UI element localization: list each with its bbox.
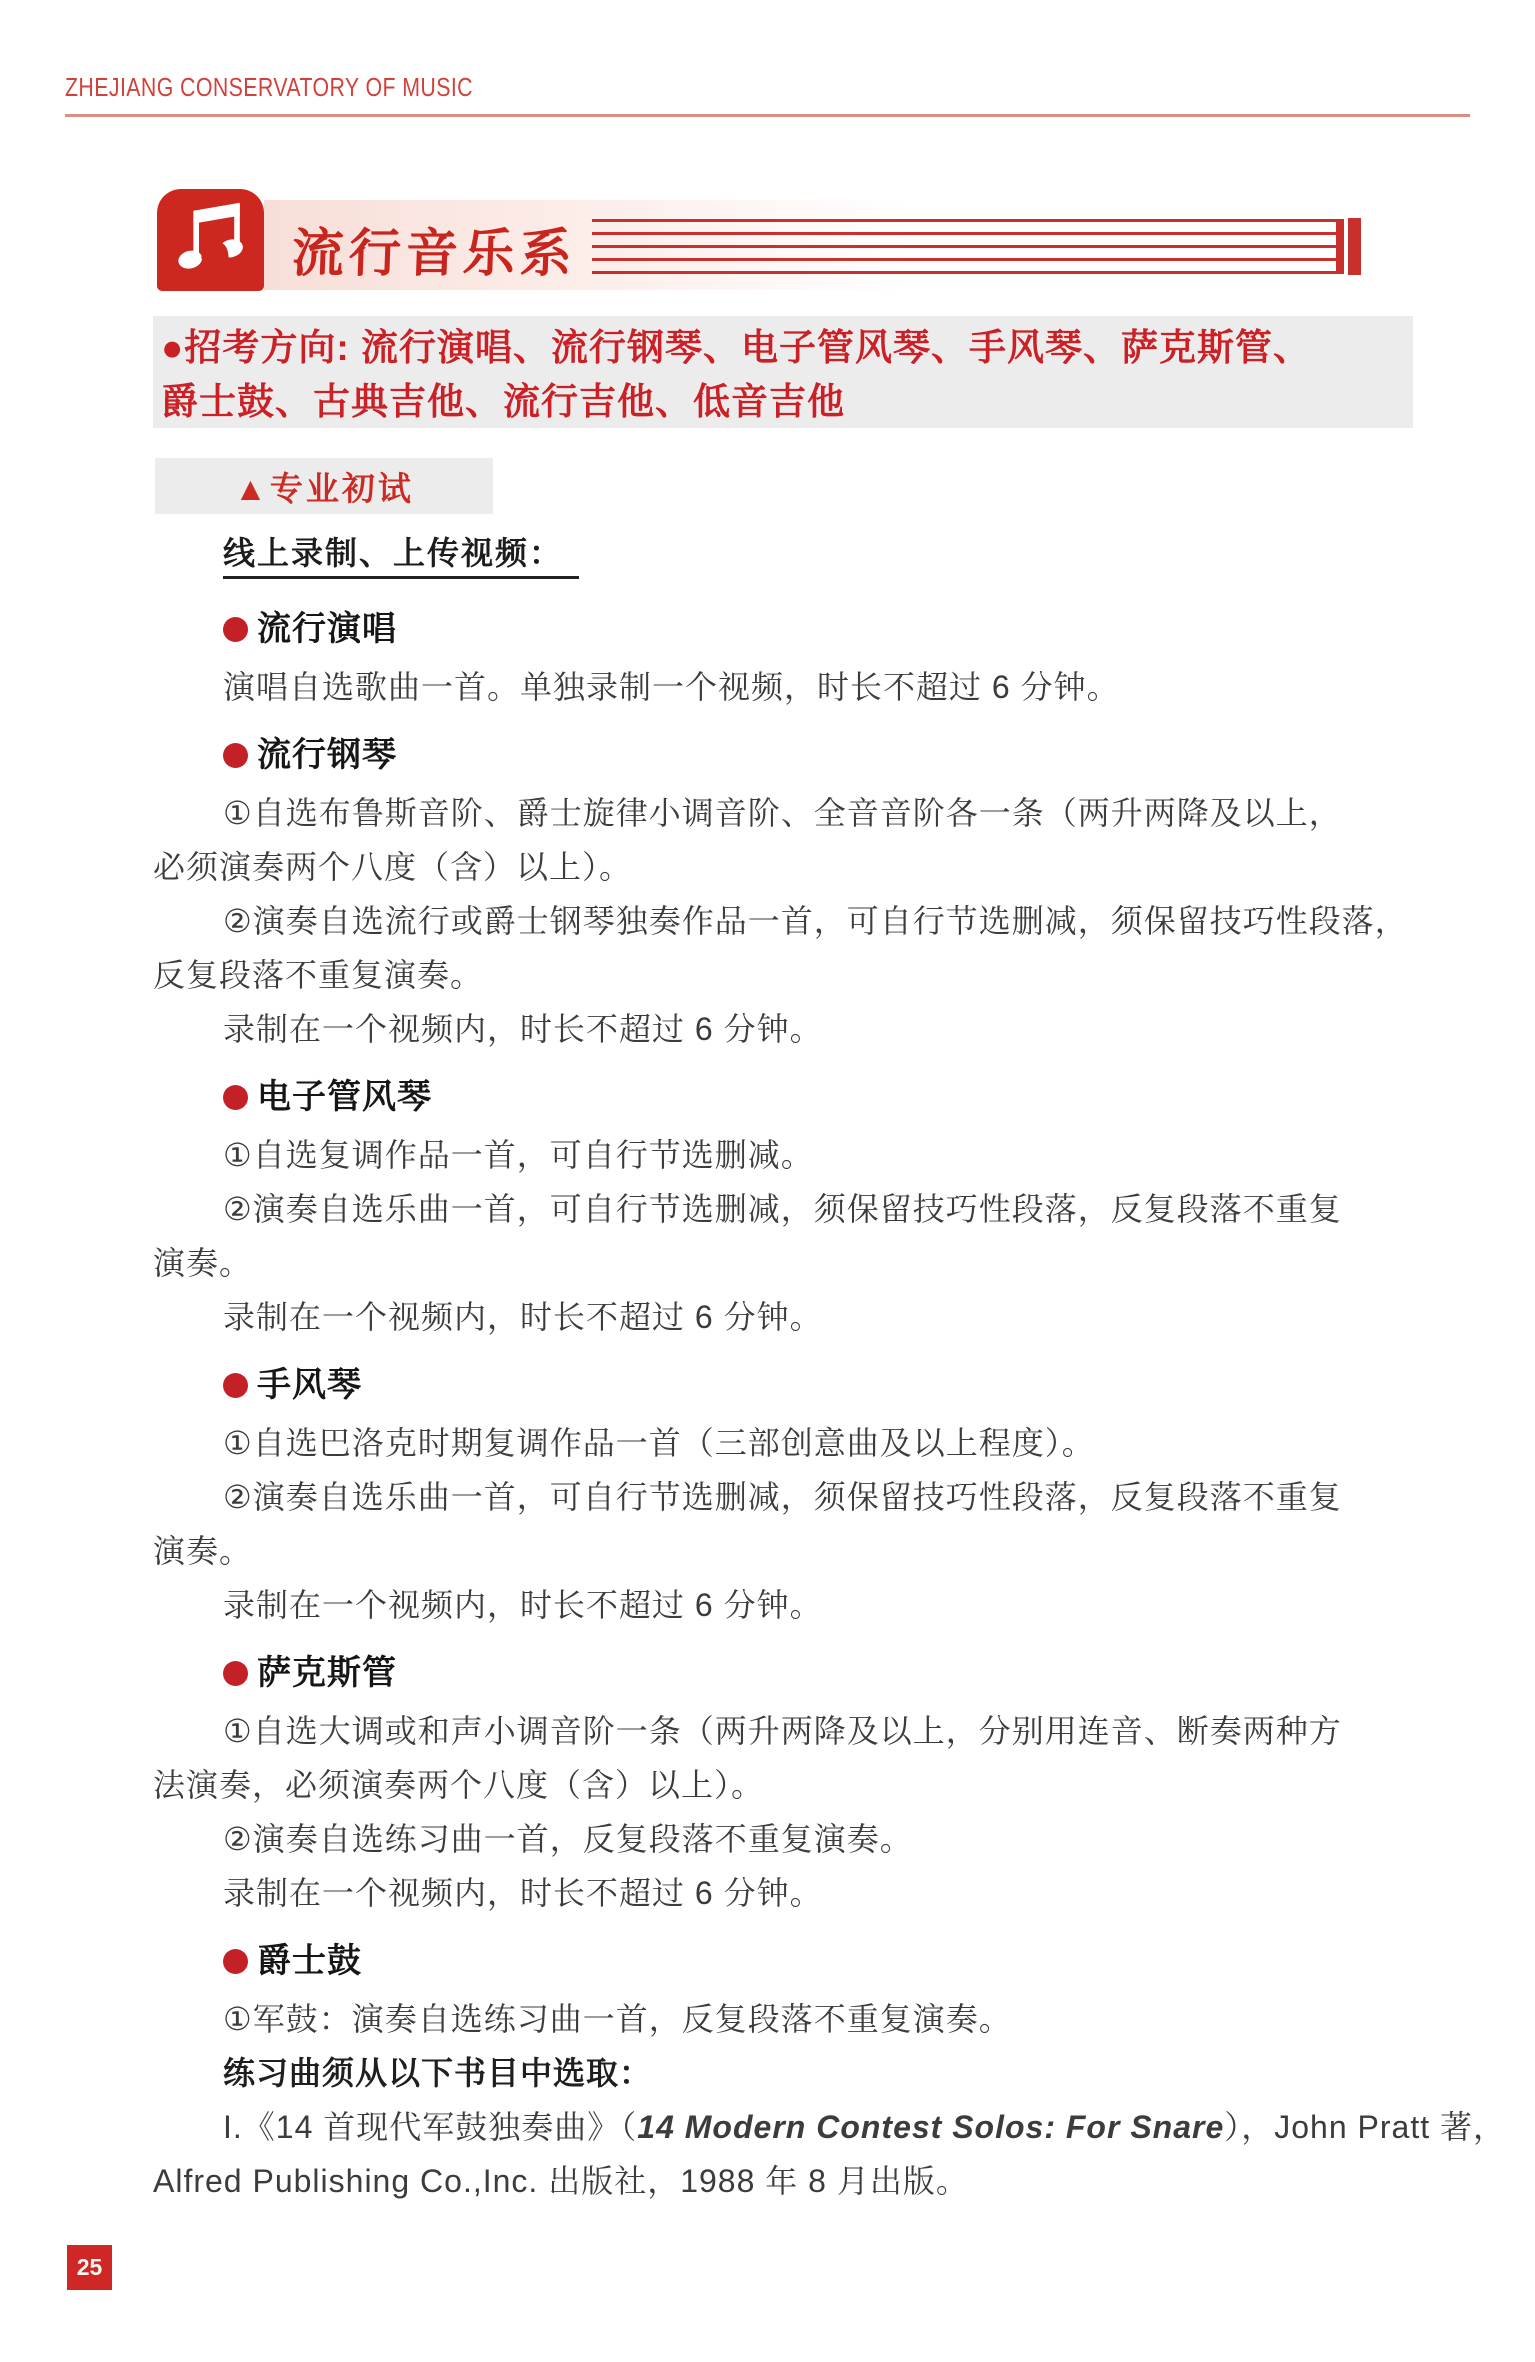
bullet-dot-icon	[223, 1661, 248, 1686]
body-line: ②演奏自选流行或爵士钢琴独奏作品一首，可自行节选删减，须保留技巧性段落，	[153, 894, 1453, 948]
section-title-text: 萨克斯管	[257, 1650, 397, 1696]
brand-wordmark: ZHEJIANG CONSERVATORY OF MUSIC	[65, 72, 473, 103]
body-line: Alfred Publishing Co.,Inc. 出版社，1988 年 8 …	[153, 2154, 1453, 2208]
bullet-dot-icon	[223, 743, 248, 768]
body-line: ①自选复调作品一首，可自行节选删减。	[153, 1128, 1453, 1182]
body-text: Alfred Publishing Co.,Inc. 出版社，1988 年 8 …	[153, 2163, 969, 2199]
exam-section: 萨克斯管 ①自选大调或和声小调音阶一条（两升两降及以上，分别用连音、断奏两种方法…	[153, 1650, 1453, 1920]
body-line: 必须演奏两个八度（含）以上）。	[153, 840, 1453, 894]
music-staff-lines-icon	[592, 219, 1336, 274]
staff-barline-thin	[1336, 219, 1344, 274]
exam-round-box: ▲专业初试	[155, 458, 493, 514]
music-note-icon	[171, 196, 251, 285]
section-title: 萨克斯管	[223, 1650, 1453, 1696]
body-line: ①自选巴洛克时期复调作品一首（三部创意曲及以上程度）。	[153, 1416, 1453, 1470]
body-line: ①自选布鲁斯音阶、爵士旋律小调音阶、全音音阶各一条（两升两降及以上，	[153, 786, 1453, 840]
body-line: ②演奏自选乐曲一首，可自行节选删减，须保留技巧性段落，反复段落不重复	[153, 1470, 1453, 1524]
admission-directions-line: 爵士鼓、古典吉他、流行吉他、低音吉他	[161, 375, 1403, 429]
section-title-text: 流行钢琴	[257, 732, 397, 778]
body-line: 录制在一个视频内，时长不超过 6 分钟。	[153, 1002, 1453, 1056]
exam-section: 电子管风琴 ①自选复调作品一首，可自行节选删减。②演奏自选乐曲一首，可自行节选删…	[153, 1074, 1453, 1344]
section-title-text: 电子管风琴	[257, 1074, 432, 1120]
recording-instruction: 线上录制、上传视频：	[223, 535, 579, 579]
section-paragraphs: 演唱自选歌曲一首。单独录制一个视频，时长不超过 6 分钟。	[153, 660, 1453, 714]
body-line: 演唱自选歌曲一首。单独录制一个视频，时长不超过 6 分钟。	[153, 660, 1453, 714]
body-line: 法演奏，必须演奏两个八度（含）以上）。	[153, 1758, 1453, 1812]
admission-directions-line: ●招考方向: 流行演唱、流行钢琴、电子管风琴、手风琴、萨克斯管、	[161, 321, 1403, 375]
section-title-text: 手风琴	[257, 1362, 362, 1408]
department-badge	[157, 189, 264, 291]
body-line: 录制在一个视频内，时长不超过 6 分钟。	[153, 1578, 1453, 1632]
body-line: ②演奏自选乐曲一首，可自行节选删减，须保留技巧性段落，反复段落不重复	[153, 1182, 1453, 1236]
exam-sections: 流行演唱 演唱自选歌曲一首。单独录制一个视频，时长不超过 6 分钟。 流行钢琴 …	[153, 606, 1453, 2208]
body-line: ①自选大调或和声小调音阶一条（两升两降及以上，分别用连音、断奏两种方	[153, 1704, 1453, 1758]
exam-section: 流行演唱 演唱自选歌曲一首。单独录制一个视频，时长不超过 6 分钟。	[153, 606, 1453, 714]
header-divider	[65, 114, 1470, 117]
body-line: 反复段落不重复演奏。	[153, 948, 1453, 1002]
department-title: 流行音乐系	[291, 206, 579, 290]
section-title-text: 爵士鼓	[257, 1938, 362, 1984]
exam-section: 爵士鼓 ①军鼓：演奏自选练习曲一首，反复段落不重复演奏。练习曲须从以下书目中选取…	[153, 1938, 1453, 2208]
bullet-dot-icon	[223, 1373, 248, 1398]
exam-section: 流行钢琴 ①自选布鲁斯音阶、爵士旋律小调音阶、全音音阶各一条（两升两降及以上，必…	[153, 732, 1453, 1056]
exam-requirements: 线上录制、上传视频： 流行演唱 演唱自选歌曲一首。单独录制一个视频，时长不超过 …	[153, 531, 1453, 2208]
body-line: 练习曲须从以下书目中选取：	[153, 2046, 1453, 2100]
section-paragraphs: ①自选布鲁斯音阶、爵士旋律小调音阶、全音音阶各一条（两升两降及以上，必须演奏两个…	[153, 786, 1453, 1056]
section-paragraphs: ①自选巴洛克时期复调作品一首（三部创意曲及以上程度）。②演奏自选乐曲一首，可自行…	[153, 1416, 1453, 1632]
body-text: I.《14 首现代军鼓独奏曲》（	[223, 2109, 637, 2145]
section-title: 手风琴	[223, 1362, 1453, 1408]
book-title-english: 14 Modern Contest Solos: For Snare	[637, 2109, 1224, 2145]
bullet-dot-icon	[223, 1085, 248, 1110]
page-number-badge: 25	[67, 2245, 112, 2290]
section-title: 流行演唱	[223, 606, 1453, 652]
brochure-page: { "header": { "brand": "ZHEJIANG CONSERV…	[0, 0, 1535, 2362]
body-line: ①军鼓：演奏自选练习曲一首，反复段落不重复演奏。	[153, 1992, 1453, 2046]
body-line: I.《14 首现代军鼓独奏曲》（14 Modern Contest Solos:…	[153, 2100, 1453, 2154]
body-line: 演奏。	[153, 1236, 1453, 1290]
admission-directions-box: ●招考方向: 流行演唱、流行钢琴、电子管风琴、手风琴、萨克斯管、 爵士鼓、古典吉…	[153, 316, 1413, 428]
section-paragraphs: ①自选复调作品一首，可自行节选删减。②演奏自选乐曲一首，可自行节选删减，须保留技…	[153, 1128, 1453, 1344]
body-line: 录制在一个视频内，时长不超过 6 分钟。	[153, 1866, 1453, 1920]
section-title-text: 流行演唱	[257, 606, 397, 652]
section-title: 流行钢琴	[223, 732, 1453, 778]
exam-round-label: ▲专业初试	[234, 463, 414, 510]
body-line: 演奏。	[153, 1524, 1453, 1578]
body-text: ），John Pratt 著，	[1224, 2109, 1506, 2145]
section-title: 电子管风琴	[223, 1074, 1453, 1120]
section-title: 爵士鼓	[223, 1938, 1453, 1984]
section-paragraphs: ①军鼓：演奏自选练习曲一首，反复段落不重复演奏。练习曲须从以下书目中选取：I.《…	[153, 1992, 1453, 2208]
exam-section: 手风琴 ①自选巴洛克时期复调作品一首（三部创意曲及以上程度）。②演奏自选乐曲一首…	[153, 1362, 1453, 1632]
staff-barline-thick	[1348, 218, 1361, 275]
body-line: 录制在一个视频内，时长不超过 6 分钟。	[153, 1290, 1453, 1344]
bullet-dot-icon	[223, 1949, 248, 1974]
bullet-dot-icon	[223, 617, 248, 642]
section-paragraphs: ①自选大调或和声小调音阶一条（两升两降及以上，分别用连音、断奏两种方法演奏，必须…	[153, 1704, 1453, 1920]
body-line: ②演奏自选练习曲一首，反复段落不重复演奏。	[153, 1812, 1453, 1866]
